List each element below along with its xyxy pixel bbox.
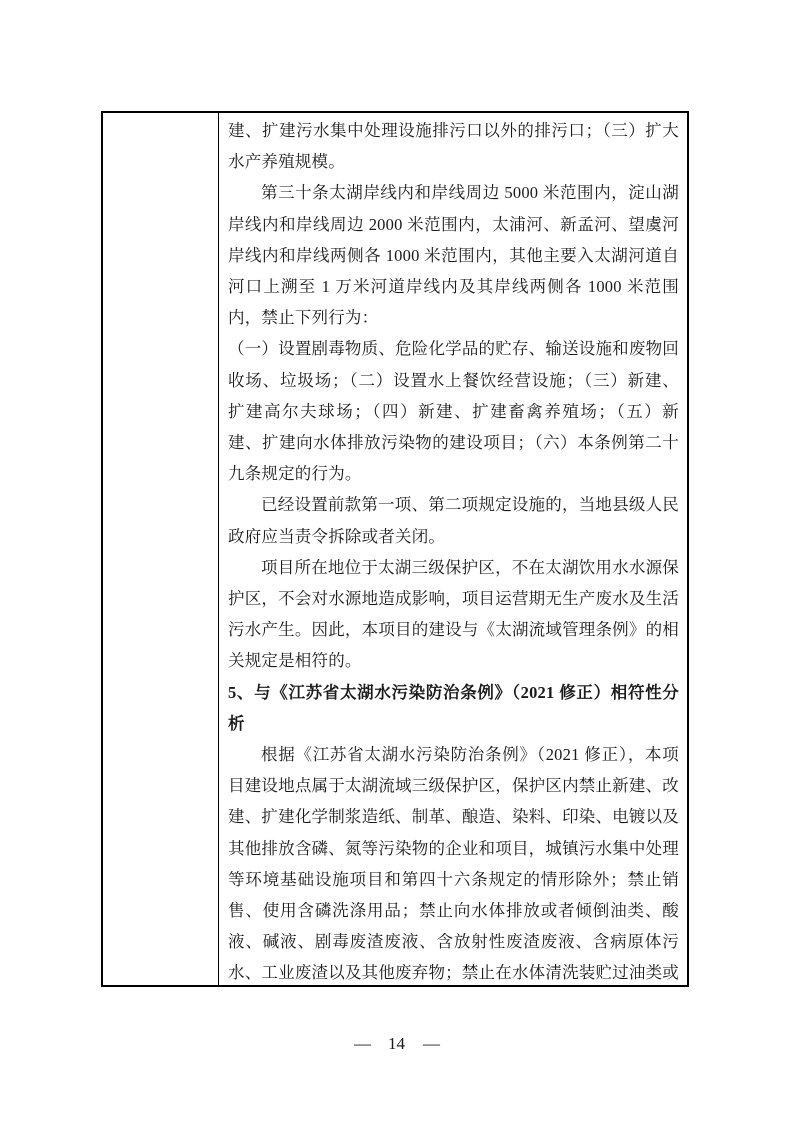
- page-footer: — 14 —: [0, 1034, 793, 1054]
- footer-dash-left: —: [354, 1034, 370, 1054]
- table-label-cell: [103, 113, 219, 985]
- paragraph: 根据《江苏省太湖水污染防治条例》（2021 修正），本项目建设地点属于太湖流域三…: [228, 739, 679, 985]
- footer-dash-right: —: [423, 1034, 439, 1054]
- page-number: 14: [388, 1034, 405, 1054]
- paragraph: 已经设置前款第一项、第二项规定设施的，当地县级人民政府应当责令拆除或者关闭。: [228, 489, 679, 551]
- paragraph: （一）设置剧毒物质、危险化学品的贮存、输送设施和废物回收场、垃圾场；（二）设置水…: [228, 333, 679, 489]
- document-page: 建、扩建污水集中处理设施排污口以外的排污口；（三）扩大水产养殖规模。第三十条太湖…: [0, 0, 793, 1122]
- table-content-cell: 建、扩建污水集中处理设施排污口以外的排污口；（三）扩大水产养殖规模。第三十条太湖…: [219, 113, 687, 985]
- section-heading: 5、与《江苏省太湖水污染防治条例》（2021 修正）相符性分析: [228, 677, 679, 739]
- paragraph: 第三十条太湖岸线内和岸线周边 5000 米范围内，淀山湖岸线内和岸线周边 200…: [228, 177, 679, 333]
- paragraph: 项目所在地位于太湖三级保护区，不在太湖饮用水水源保护区，不会对水源地造成影响，项…: [228, 552, 679, 677]
- paragraph: 建、扩建污水集中处理设施排污口以外的排污口；（三）扩大水产养殖规模。: [228, 115, 679, 177]
- content-table: 建、扩建污水集中处理设施排污口以外的排污口；（三）扩大水产养殖规模。第三十条太湖…: [101, 111, 689, 987]
